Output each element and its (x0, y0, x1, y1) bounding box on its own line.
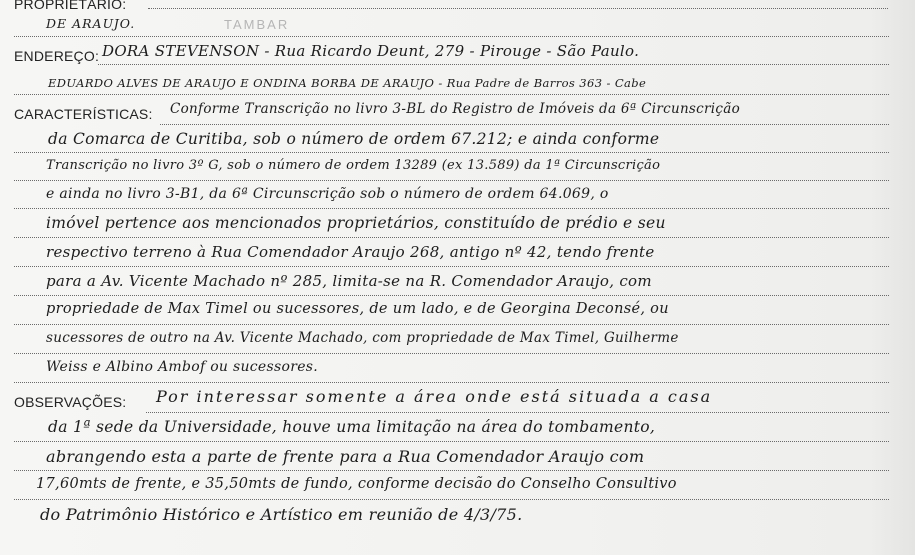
endereco-rule-1 (98, 64, 889, 65)
caracteristicas-line-7: para a Av. Vicente Machado nº 285, limit… (46, 272, 652, 290)
caracteristicas-rule-3 (14, 180, 889, 181)
caracteristicas-line-2: da Comarca de Curitiba, sob o número de … (48, 130, 659, 148)
caracteristicas-line-8: propriedade de Max Timel ou sucessores, … (46, 301, 669, 317)
proprietario-label: PROPRIETÁRIO: (14, 0, 126, 12)
observacoes-rule-2 (14, 441, 889, 442)
caracteristicas-line-9: sucessores de outro na Av. Vicente Macha… (46, 330, 679, 346)
caracteristicas-line-5: imóvel pertence aos mencionados propriet… (46, 214, 666, 232)
observacoes-line-4: 17,60mts de frente, e 35,50mts de fundo,… (36, 476, 677, 492)
caracteristicas-rule-4 (14, 208, 889, 209)
heritage-registry-form: PROPRIETÁRIO: DE ARAUJO. TAMBAR ENDEREÇO… (0, 0, 915, 555)
proprietario-line-1: DE ARAUJO. (46, 16, 135, 31)
proprietario-rule-2 (14, 36, 889, 37)
caracteristicas-rule-9 (14, 353, 889, 354)
endereco-label: ENDEREÇO: (14, 48, 99, 64)
observacoes-line-3: abrangendo esta a parte de frente para a… (46, 447, 644, 466)
caracteristicas-line-1: Conforme Transcrição no livro 3-BL do Re… (170, 101, 740, 117)
caracteristicas-line-6: respectivo terreno à Rua Comendador Arau… (46, 243, 655, 261)
faded-stamp: TAMBAR (224, 17, 289, 32)
observacoes-rule-1 (146, 412, 889, 413)
caracteristicas-rule-10 (14, 382, 889, 383)
observacoes-line-1: Por interessar somente a área onde está … (156, 387, 712, 406)
caracteristicas-label: CARACTERÍSTICAS: (14, 106, 153, 122)
caracteristicas-line-10: Weiss e Albino Ambof ou sucessores. (46, 359, 318, 375)
caracteristicas-rule-6 (14, 266, 889, 267)
observacoes-label: OBSERVAÇÕES: (14, 394, 126, 410)
caracteristicas-rule-7 (14, 295, 889, 296)
proprietario-rule-1 (148, 8, 888, 9)
caracteristicas-rule-1 (160, 124, 889, 125)
endereco-line-2: EDUARDO ALVES DE ARAUJO E ONDINA BORBA D… (48, 76, 646, 90)
endereco-rule-2 (14, 94, 889, 95)
caracteristicas-rule-2 (14, 152, 889, 153)
observacoes-line-2: da 1ª sede da Universidade, houve uma li… (48, 418, 655, 436)
observacoes-rule-4 (14, 499, 889, 500)
observacoes-line-5: do Patrimônio Histórico e Artístico em r… (40, 505, 523, 524)
caracteristicas-line-4: e ainda no livro 3-B1, da 6ª Circunscriç… (46, 186, 609, 202)
observacoes-rule-3 (14, 470, 889, 471)
caracteristicas-line-3: Transcrição no livro 3º G, sob o número … (46, 158, 660, 173)
caracteristicas-rule-8 (14, 324, 889, 325)
caracteristicas-rule-5 (14, 237, 889, 238)
endereco-line-1: DORA STEVENSON - Rua Ricardo Deunt, 279 … (102, 42, 639, 60)
